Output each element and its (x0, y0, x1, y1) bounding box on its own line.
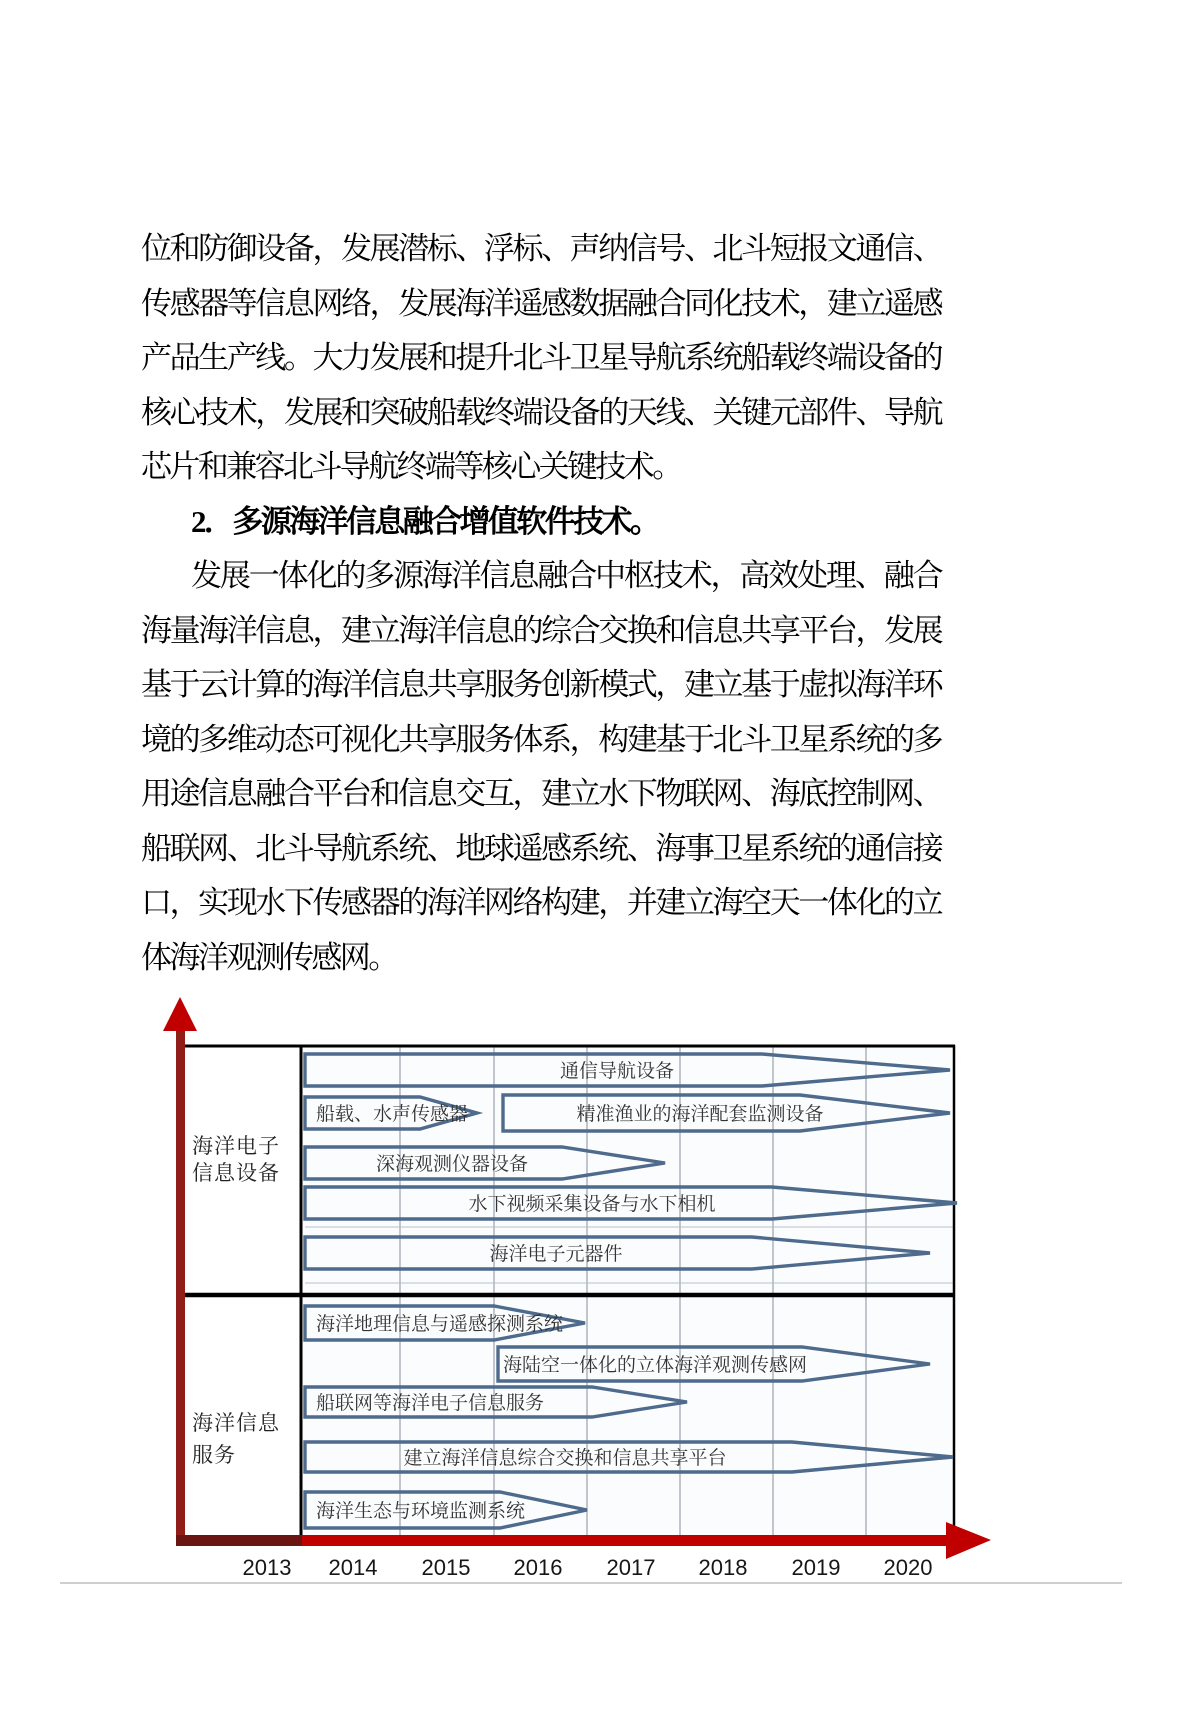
axis-year-label: 2016 (514, 1555, 563, 1580)
paragraph1-line: 产品生产线。大力发展和提升北斗卫星导航系统船载终端设备的 (141, 331, 941, 386)
section1-label: 海洋电子 (192, 1135, 280, 1158)
arrow-label: 建立海洋信息综合交换和信息共享平台 (403, 1447, 726, 1469)
paragraph2-line: 境的多维动态可视化共享服务体系，构建基于北斗卫星系统的多 (141, 713, 941, 768)
arrow-label: 深海观测仪器设备 (376, 1153, 528, 1175)
arrow-label: 海陆空一体化的立体海洋观测传感网 (503, 1353, 807, 1376)
section1-label: 信息设备 (192, 1162, 280, 1185)
arrow-label: 海洋电子元器件 (489, 1243, 622, 1265)
paragraph2-line: 用途信息融合平台和信息交互，建立水下物联网、海底控制网、 (141, 767, 941, 822)
axis-year-label: 2013 (243, 1555, 292, 1580)
arrow-label: 水下视频采集设备与水下相机 (468, 1193, 715, 1215)
section-heading: 2．多源海洋信息融合增值软件技术。 (141, 495, 941, 550)
paragraph1-line: 传感器等信息网络，发展海洋遥感数据融合同化技术，建立遥感 (141, 277, 941, 332)
year-axis-labels: 2013 2014 2015 2016 2017 2018 2019 2020 (243, 1555, 933, 1580)
arrow-label: 船联网等海洋电子信息服务 (316, 1392, 544, 1414)
section-labels: 海洋电子 信息设备 海洋信息 服务 (192, 1135, 280, 1467)
arrow-label: 海洋生态与环境监测系统 (316, 1500, 525, 1522)
document-page: 位和防御设备，发展潜标、浮标、声纳信号、北斗短报文通信、 传感器等信息网络，发展… (0, 0, 1182, 1731)
paragraph2-line: 发展一体化的多源海洋信息融合中枢技术，高效处理、融合 (141, 549, 941, 604)
axis-year-label: 2018 (699, 1555, 748, 1580)
paragraph1-line: 位和防御设备，发展潜标、浮标、声纳信号、北斗短报文通信、 (141, 222, 941, 277)
body-text: 位和防御设备，发展潜标、浮标、声纳信号、北斗短报文通信、 传感器等信息网络，发展… (141, 222, 941, 985)
axis-year-label: 2019 (792, 1555, 841, 1580)
arrow-label: 精准渔业的海洋配套监测设备 (576, 1103, 823, 1125)
axis-year-label: 2014 (329, 1555, 378, 1580)
paragraph2-line: 船联网、北斗导航系统、地球遥感系统、海事卫星系统的通信接 (141, 822, 941, 877)
arrow-label: 船载、水声传感器 (316, 1102, 468, 1125)
x-axis-dark-segment (176, 1535, 302, 1546)
paragraph2-line: 海量海洋信息，建立海洋信息的综合交换和信息共享平台，发展 (141, 604, 941, 659)
axis-year-label: 2017 (607, 1555, 656, 1580)
section2-label: 海洋信息 (192, 1412, 280, 1435)
y-axis-line (176, 1026, 185, 1545)
arrow-label: 通信导航设备 (560, 1060, 674, 1082)
paragraph1-line: 芯片和兼容北斗导航终端等核心关键技术。 (141, 440, 941, 495)
axis-year-label: 2020 (884, 1555, 933, 1580)
paragraph2-line: 基于云计算的海洋信息共享服务创新模式，建立基于虚拟海洋环 (141, 658, 941, 713)
x-axis-arrowhead-icon (946, 1522, 991, 1559)
section2-label: 服务 (192, 1444, 236, 1467)
arrow-label: 海洋地理信息与遥感探测系统 (316, 1312, 563, 1335)
axis-year-label: 2015 (422, 1555, 471, 1580)
paragraph2-line: 口，实现水下传感器的海洋网络构建，并建立海空天一体化的立 (141, 876, 941, 931)
y-axis-arrowhead-icon (163, 997, 197, 1031)
timeline-figure: 通信导航设备 船载、水声传感器 精准渔业的海洋配套监测设备 深海观测仪器设备 水… (0, 940, 1182, 1640)
paragraph1-line: 核心技术，发展和突破船载终端设备的天线、关键元部件、导航 (141, 386, 941, 441)
